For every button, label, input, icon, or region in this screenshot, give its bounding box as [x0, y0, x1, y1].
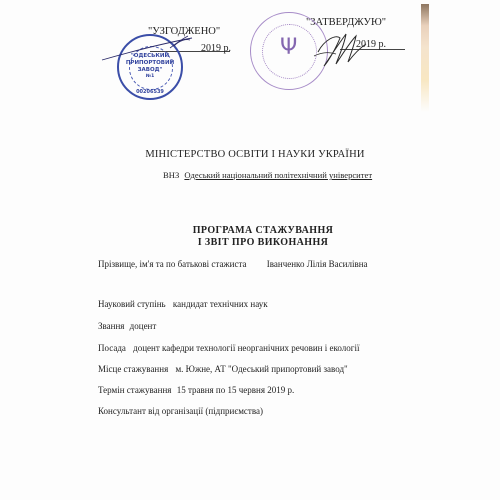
field-label: Термін стажування: [98, 385, 171, 395]
field-value: Іванченко Лілія Василівна: [267, 259, 368, 269]
field-label: Звання: [98, 321, 124, 331]
field-trainee-name: Прізвище, ім'я та по батькові стажиста І…: [98, 259, 368, 269]
document-page: "УЗГОДЖЕНО" 2019 р. "ЗАТВЕРДЖУЮ" 2019 р.…: [0, 0, 500, 500]
agreed-year: 2019 р.: [201, 43, 231, 54]
field-label: Посада: [98, 343, 126, 353]
field-academic-degree: Науковий ступінь кандидат технічних наук: [98, 299, 268, 309]
trident-emblem-icon: Ψ: [280, 37, 297, 59]
program-title-line2: І ЗВІТ ПРО ВИКОНАННЯ: [0, 237, 500, 249]
approved-signature-icon: [310, 22, 370, 70]
stamp-text-line: ЗАВОД": [119, 67, 181, 74]
stamp-text-line: №1: [119, 74, 181, 81]
field-value: доцент кафедри технології неорганічних р…: [133, 343, 359, 353]
field-consultant: Консультант від організації (підприємств…: [98, 406, 268, 416]
field-label: Науковий ступінь: [98, 299, 166, 309]
institution-line: ВНЗ Одеський національний політехнічний …: [163, 170, 372, 180]
field-value: м. Южне, АТ "Одеський припортовий завод": [175, 364, 347, 374]
field-label: Прізвище, ім'я та по батькові стажиста: [98, 259, 247, 269]
scan-edge-shadow: [421, 4, 429, 112]
field-label: Місце стажування: [98, 364, 168, 374]
field-position: Посада доцент кафедри технології неорган…: [98, 343, 359, 353]
institution-name: Одеський національний політехнічний унів…: [184, 170, 372, 180]
field-value: кандидат технічних наук: [173, 299, 268, 309]
institution-prefix: ВНЗ: [163, 170, 179, 180]
field-label: Консультант від організації (підприємств…: [98, 406, 263, 416]
stamp-code: 00206539: [119, 89, 181, 96]
field-academic-rank: Звання доцент: [98, 321, 156, 331]
field-internship-place: Місце стажування м. Южне, АТ "Одеський п…: [98, 364, 348, 374]
field-internship-term: Термін стажування 15 травня по 15 червня…: [98, 385, 294, 395]
field-value: доцент: [130, 321, 157, 331]
field-value: 15 травня по 15 червня 2019 р.: [177, 385, 295, 395]
program-title-line1: ПРОГРАМА СТАЖУВАННЯ: [0, 225, 500, 237]
agreed-signature-icon: [100, 34, 200, 64]
ministry-heading: МІНІСТЕРСТВО ОСВІТИ І НАУКИ УКРАЇНИ: [0, 149, 500, 160]
